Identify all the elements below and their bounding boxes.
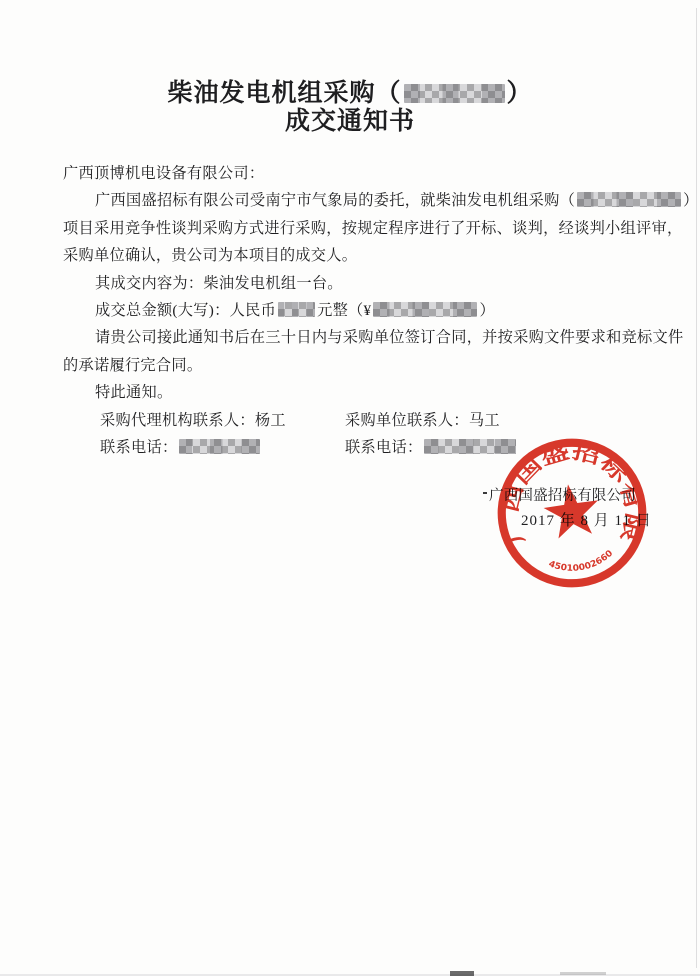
redacted-project-number <box>404 84 505 103</box>
redacted-project-number-body <box>577 192 681 207</box>
recipient-line: 广西顶博机电设备有限公司： <box>63 160 700 187</box>
title-project-name: 柴油发电机组采购（ <box>167 80 401 107</box>
document-body: 广西顶博机电设备有限公司： 广西国盛招标有限公司受南宁市气象局的委托，就柴油发电… <box>0 160 700 461</box>
agency-contact: 采购代理机构联系人：杨工 <box>100 407 345 434</box>
company-seal: 广西国盛招标有限公司 4501000266025 <box>485 426 659 600</box>
title-close-paren: ） <box>507 80 533 107</box>
notice-line: 特此通知。 <box>63 379 700 406</box>
paragraph-4-line-2: 的承诺履行完合同。 <box>63 352 700 379</box>
scan-smudge <box>560 972 606 975</box>
buyer-contact: 采购单位联系人：马工 <box>345 407 500 434</box>
scan-speck <box>483 492 487 494</box>
paragraph-1-line-1: 广西国盛招标有限公司受南宁市气象局的委托，就柴油发电机组采购（） <box>63 187 700 214</box>
redacted-amount-figures <box>373 302 477 317</box>
title-line-1: 柴油发电机组采购（） <box>0 80 700 108</box>
paragraph-4-line-1: 请贵公司接此通知书后在三十日内与采购单位签订合同，并按采购文件要求和竞标文件 <box>63 324 700 351</box>
award-content-line: 其成交内容为：柴油发电机组一台。 <box>63 270 700 297</box>
redacted-amount-words <box>278 302 315 317</box>
seal-star-icon <box>541 481 603 540</box>
scan-edge-right <box>696 8 697 968</box>
title-line-2: 成交通知书 <box>0 108 700 136</box>
agency-phone: 联系电话： <box>100 434 345 461</box>
award-amount-line: 成交总金额(大写)：人民币元整（¥） <box>63 297 700 324</box>
seal-svg: 广西国盛招标有限公司 4501000266025 <box>485 426 659 600</box>
paragraph-1-line-2: 项目采用竞争性谈判采购方式进行采购，按规定程序进行了开标、谈判，经谈判小组评审， <box>63 215 700 242</box>
redacted-agency-phone <box>179 439 260 454</box>
document-title: 柴油发电机组采购（） 成交通知书 <box>0 0 700 136</box>
scanned-document-page: 柴油发电机组采购（） 成交通知书 广西顶博机电设备有限公司： 广西国盛招标有限公… <box>0 0 700 976</box>
scan-smudge <box>450 971 474 976</box>
paragraph-1-line-3: 采购单位确认，贵公司为本项目的成交人。 <box>63 242 700 269</box>
